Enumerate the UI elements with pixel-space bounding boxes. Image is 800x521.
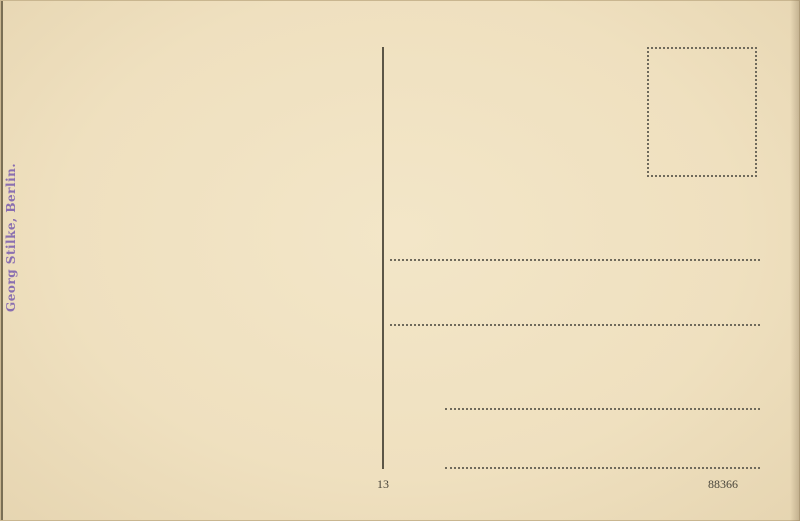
stamp-box xyxy=(647,47,757,177)
postcard-back: Georg Stilke, Berlin. 13 88366 xyxy=(0,0,800,521)
center-divider xyxy=(382,47,384,469)
address-line-2 xyxy=(390,324,760,326)
card-edge-shadow xyxy=(790,0,800,521)
address-line-3 xyxy=(445,408,760,410)
address-line-4 xyxy=(445,467,760,469)
right-number: 88366 xyxy=(708,477,738,492)
publisher-imprint: Georg Stilke, Berlin. xyxy=(4,163,18,312)
address-line-1 xyxy=(390,259,760,261)
left-number: 13 xyxy=(377,477,389,492)
